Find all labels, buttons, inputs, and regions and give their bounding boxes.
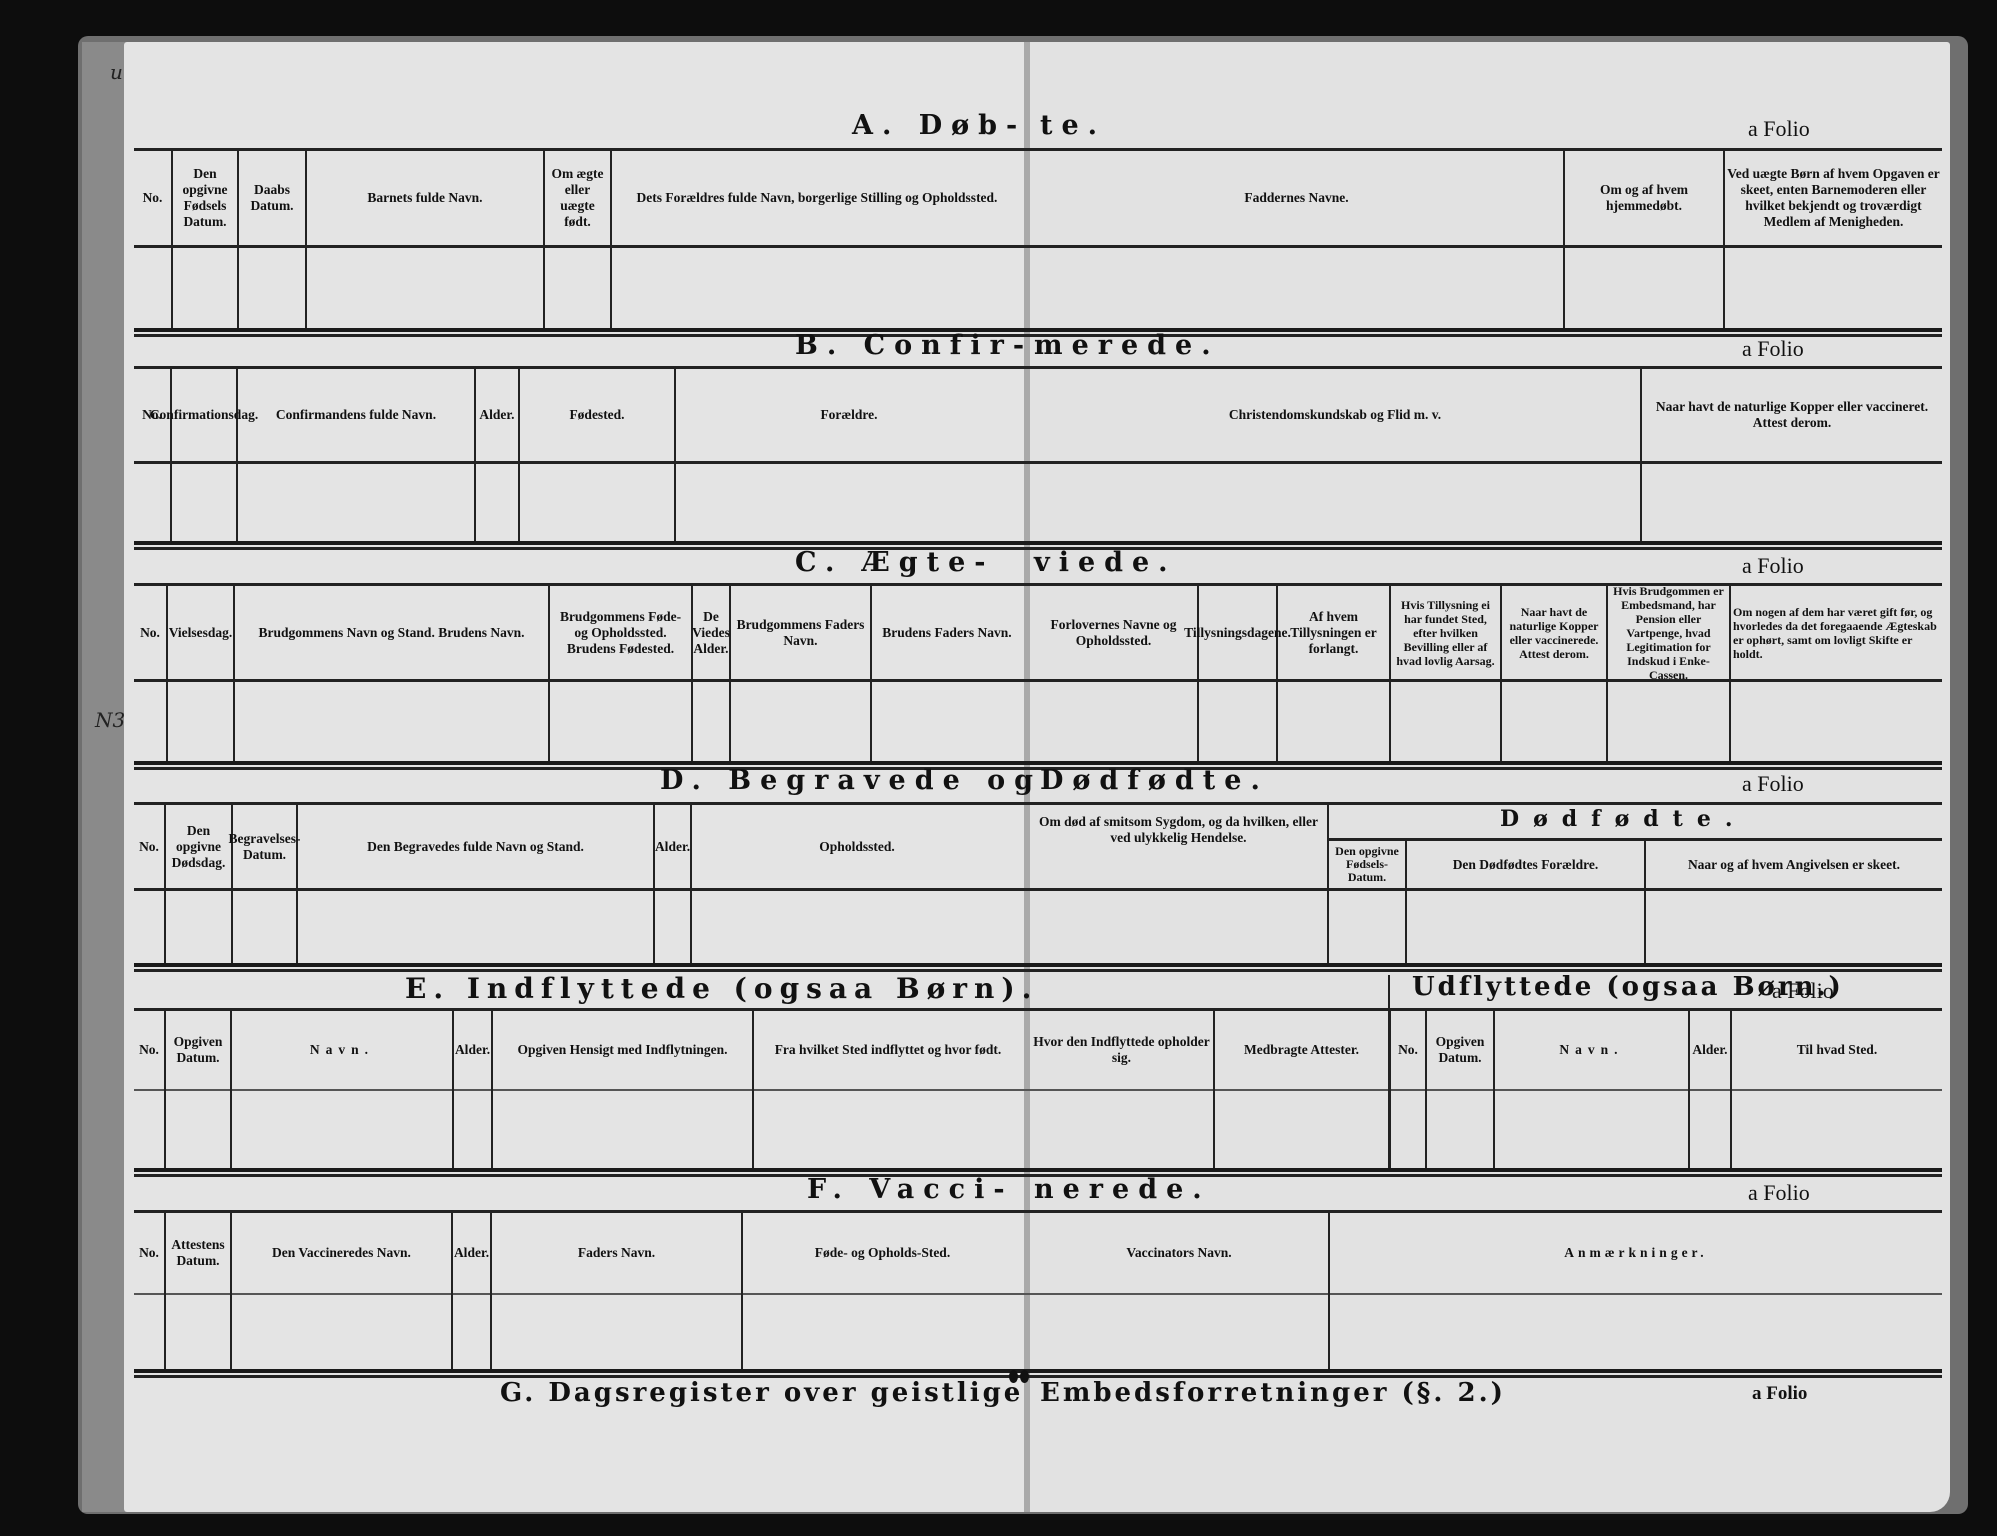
col-header: Alder. (476, 369, 518, 461)
col-header: Navn. (1495, 1011, 1688, 1089)
col-header: Alder. (453, 1213, 490, 1293)
col-header: Hvis Tillysning ei har fundet Sted, efte… (1391, 586, 1500, 679)
section-f-title-right: nerede. (1034, 1174, 1211, 1205)
col-header: Om ægte eller uægte født. (545, 151, 610, 245)
rule (134, 888, 1942, 891)
section-b-folio: a Folio (1742, 336, 1804, 362)
col-header: Opgiven Datum. (166, 1011, 230, 1089)
col-header: Om og af hvem hjemmedøbt. (1565, 151, 1723, 245)
rule (134, 1375, 1942, 1378)
col-header: Opholdssted. (692, 805, 1022, 888)
rule (134, 1293, 1942, 1295)
col-header: Fra hvilket Sted indflyttet og hvor født… (754, 1011, 1022, 1089)
margin-mark-left: N3 (95, 708, 125, 732)
col-header: Brudgommens Navn og Stand. Brudens Navn. (235, 586, 548, 679)
col-header: Anmærkninger. (1330, 1213, 1942, 1293)
col-header: Af hvem Tillysningen er forlangt. (1278, 586, 1389, 679)
col-header: Faders Navn. (492, 1213, 741, 1293)
section-a-title-right: te. (1040, 110, 1106, 141)
col-header: Til hvad Sted. (1732, 1011, 1942, 1089)
section-b-title-right: merede. (1034, 330, 1220, 361)
col-header: Brudgommens Føde- og Opholdssted. Bruden… (550, 586, 691, 679)
col-header: Forlovernes Navne og Opholdssted. (1030, 586, 1197, 679)
rule (134, 245, 1942, 248)
col-header: Hvis Brudgommen er Embedsmand, har Pensi… (1608, 586, 1729, 679)
section-a-folio: a Folio (1748, 116, 1810, 142)
col-header: Hvor den Indflyttede opholder sig. (1030, 1011, 1213, 1089)
col-header: Vaccinators Navn. (1030, 1213, 1328, 1293)
col-header: Den opgivne Fødsels-Datum. (1329, 841, 1405, 888)
section-g-title-right: Embedsforretninger (§. 2.) (1040, 1378, 1506, 1408)
rule (134, 1369, 1942, 1373)
col-header: Den opgivne Fødsels Datum. (173, 151, 237, 245)
col-header: Faddernes Navne. (1030, 151, 1563, 245)
section-c-title-right: viede. (1034, 547, 1177, 578)
col-header: No. (134, 805, 164, 888)
col-header: Ved uægte Børn af hvem Opgaven er skeet,… (1725, 151, 1942, 245)
section-e-title: E. Indflyttede (ogsaa Børn). (405, 972, 1038, 1005)
stillborn-title: Dødfødte. (1500, 806, 1746, 832)
col-header: Begravelses-Datum. (233, 805, 296, 888)
col-header: Fødested. (520, 369, 674, 461)
col-header: Den Dødfødtes Forældre. (1407, 841, 1644, 888)
col-header: No. (134, 1213, 164, 1293)
section-f-folio: a Folio (1748, 1180, 1810, 1206)
rule (134, 1089, 1942, 1091)
col-header: Naar havt de naturlige Kopper eller vacc… (1502, 586, 1606, 679)
col-header: Vielsesdag. (168, 586, 233, 679)
col-header: Den Begravedes fulde Navn og Stand. (298, 805, 653, 888)
col-header: Confirmationsdag. (172, 369, 236, 461)
rule (134, 541, 1942, 545)
col-header: Tillysningsdagene. (1199, 586, 1276, 679)
margin-mark-top: u (110, 60, 123, 84)
col-header: Alder. (655, 805, 690, 888)
col-header: Naar havt de naturlige Kopper eller vacc… (1642, 369, 1942, 461)
col-header: Brudgommens Faders Navn. (731, 586, 870, 679)
col-header: Alder. (1690, 1011, 1730, 1089)
section-e-folio: a Folio (1772, 978, 1834, 1004)
col-header: No. (1391, 1011, 1425, 1089)
section-g-title-left: G. Dagsregister over geistlige (500, 1378, 1023, 1408)
col-header: Confirmandens fulde Navn. (238, 369, 474, 461)
col-header: Dets Forældres fulde Navn, borgerlige St… (612, 151, 1022, 245)
col-divider (1388, 975, 1390, 1011)
section-a-title-left: A. Døb- (852, 110, 1026, 141)
col-header: Alder. (454, 1011, 491, 1089)
section-g-folio: a Folio (1752, 1383, 1807, 1405)
col-header: Navn. (232, 1011, 452, 1089)
section-b-title-left: B. Confir- (795, 330, 1033, 361)
col-header: Opgiven Hensigt med Indflytningen. (493, 1011, 752, 1089)
col-header: Daabs Datum. (239, 151, 305, 245)
section-d-title-right: Dødfødte. (1040, 765, 1269, 796)
col-header: Føde- og Opholds-Sted. (743, 1213, 1022, 1293)
col-header: Brudens Faders Navn. (872, 586, 1022, 679)
col-header: Om nogen af dem har været gift før, og h… (1731, 586, 1942, 679)
section-d-folio: a Folio (1742, 771, 1804, 797)
rule (134, 1168, 1942, 1172)
section-c-title-left: C. Ægte- (795, 547, 994, 578)
section-c-folio: a Folio (1742, 553, 1804, 579)
col-header: Forældre. (676, 369, 1022, 461)
rule (134, 963, 1942, 967)
section-d-title-left: D. Begravede og (660, 765, 1042, 796)
col-header: De Viedes Alder. (693, 586, 729, 679)
col-header: No. (134, 586, 166, 679)
col-header: Barnets fulde Navn. (307, 151, 543, 245)
section-f-title-left: F. Vacci- (807, 1174, 1014, 1205)
rule (134, 461, 1942, 464)
col-header: No. (134, 151, 171, 245)
col-header: No. (134, 1011, 164, 1089)
col-header: Christendomskundskab og Flid m. v. (1030, 369, 1640, 461)
col-header: Attestens Datum. (166, 1213, 230, 1293)
col-header: Medbragte Attester. (1215, 1011, 1388, 1089)
col-header: Den opgivne Dødsdag. (166, 805, 231, 888)
col-header: Naar og af hvem Angivelsen er skeet. (1646, 841, 1942, 888)
col-header: Om død af smitsom Sygdom, og da hvilken,… (1030, 805, 1327, 855)
col-header: Opgiven Datum. (1427, 1011, 1493, 1089)
col-header: Den Vaccineredes Navn. (232, 1213, 451, 1293)
